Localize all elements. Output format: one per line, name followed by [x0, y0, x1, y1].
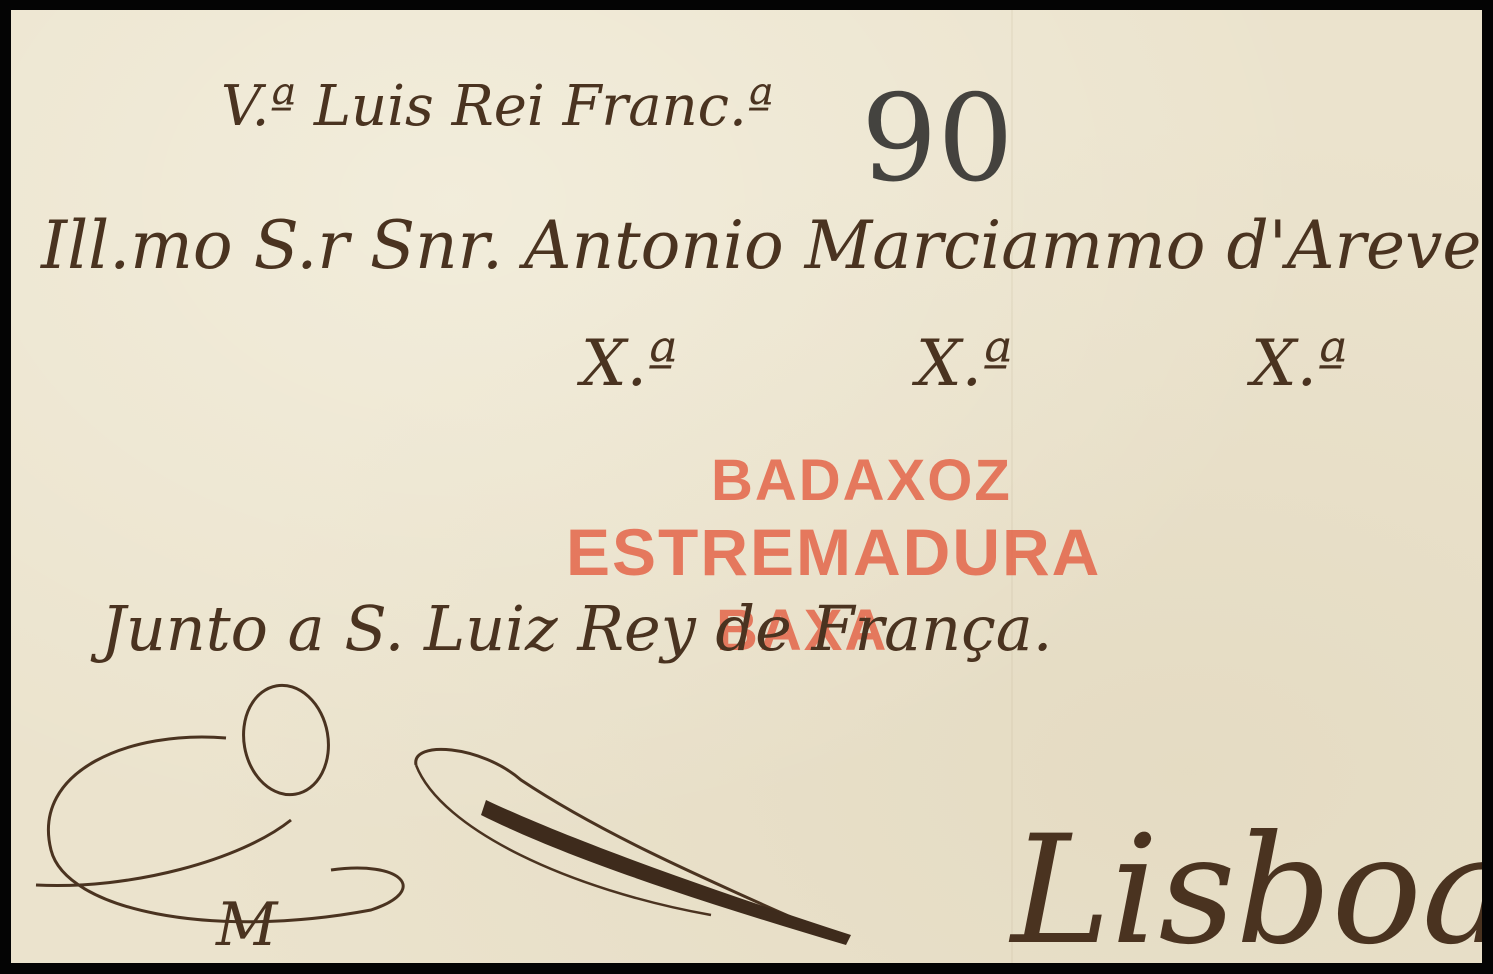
destination-city: Lisboa: [1008, 804, 1482, 963]
postmark-line-2: ESTREMADURA: [566, 515, 1101, 589]
repeat-mark-2: X.ª: [911, 327, 1012, 401]
cover-markings: BADAXOZ ESTREMADURA BAXA 90 V.ª Luis Rei…: [11, 10, 1482, 963]
addressee-line: Ill.mo S.r Snr. Antonio Marciammo d'Arev…: [40, 207, 1482, 284]
photo-frame: BADAXOZ ESTREMADURA BAXA 90 V.ª Luis Rei…: [0, 0, 1493, 974]
letter-cover: BADAXOZ ESTREMADURA BAXA 90 V.ª Luis Rei…: [11, 10, 1482, 963]
routing-instruction: V.ª Luis Rei Franc.ª: [221, 74, 773, 139]
rate-mark-90: 90: [861, 70, 1014, 209]
postmark-line-1: BADAXOZ: [711, 448, 1012, 513]
repeat-mark-3: X.ª: [1246, 327, 1347, 401]
street-line: Junto a S. Luiz Rey de França.: [90, 592, 1052, 665]
flourish-ornament: [36, 679, 403, 922]
flourish-initial: M: [215, 890, 279, 960]
repeat-mark-1: X.ª: [576, 327, 677, 401]
destination-swash: [416, 749, 851, 945]
